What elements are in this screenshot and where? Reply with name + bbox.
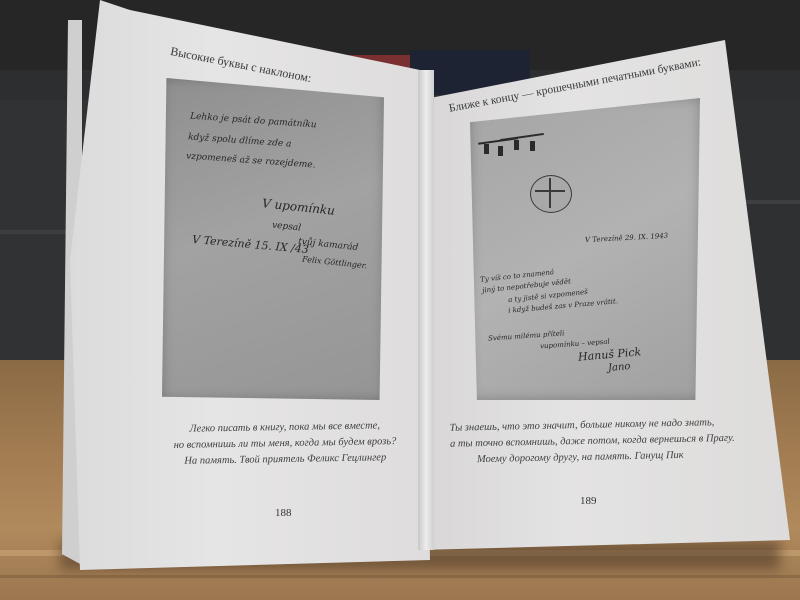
football-drawing-icon — [530, 175, 572, 213]
benches-drawing-icon — [478, 132, 548, 160]
left-caption: Легко писать в книгу, пока мы все вместе… — [170, 418, 401, 470]
right-caption: Ты знаешь, что это значит, больше никому… — [450, 415, 711, 468]
left-page-number: 188 — [275, 507, 292, 519]
wood-grain — [0, 575, 800, 578]
right-page-number: 189 — [580, 495, 597, 507]
book-gutter — [418, 70, 434, 550]
handwritten-signature: Jano — [608, 361, 631, 374]
photo-scene: Высокие буквы с наклоном: Lehko je psát … — [0, 0, 800, 600]
